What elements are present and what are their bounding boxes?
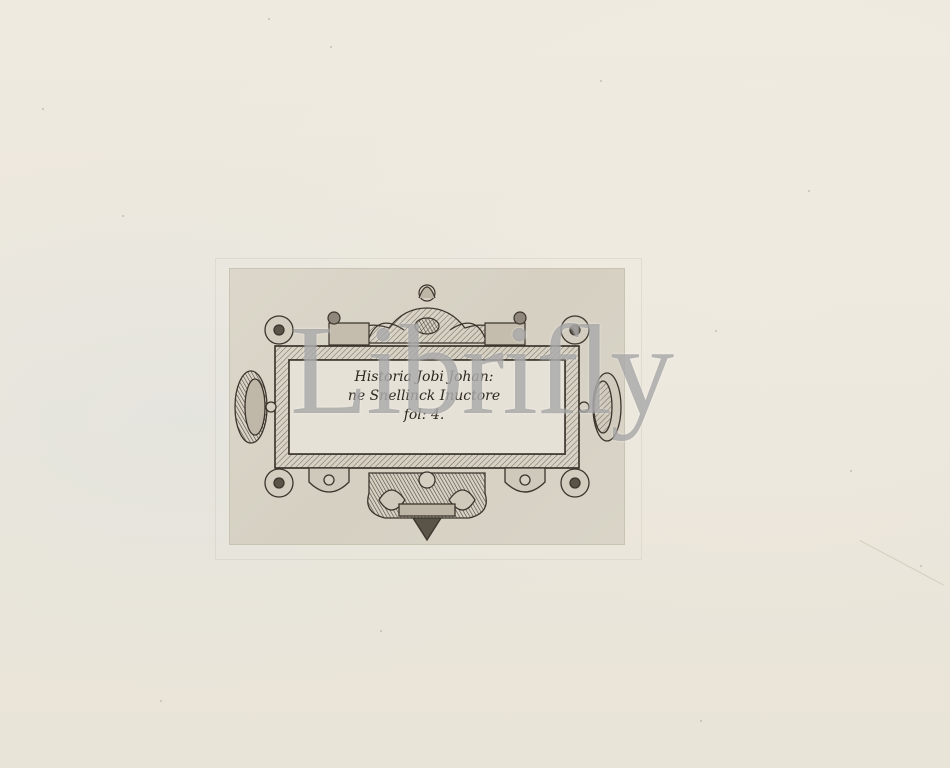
paper-speck: [600, 80, 602, 82]
paper-speck: [42, 108, 44, 110]
paper-speck: [920, 565, 922, 567]
paper-speck: [380, 630, 382, 632]
paper-speck: [808, 190, 810, 192]
paper-speck: [850, 470, 852, 472]
paper-speck: [268, 18, 270, 20]
paper-crease: [831, 540, 944, 638]
inscription-line-2: ne Snellinck Inuctore: [289, 387, 559, 406]
inscription-line-3: fol: 4.: [289, 406, 559, 425]
engraved-plate: Historia Jobi Johan: ne Snellinck Inucto…: [229, 268, 625, 545]
paper-page: Historia Jobi Johan: ne Snellinck Inucto…: [0, 0, 950, 768]
cartouche-inscription: Historia Jobi Johan: ne Snellinck Inucto…: [289, 368, 559, 425]
paper-speck: [330, 46, 332, 48]
paper-speck: [700, 720, 702, 722]
paper-speck: [160, 700, 162, 702]
paper-speck: [122, 215, 124, 217]
paper-speck: [715, 330, 717, 332]
inscription-line-1: Historia Jobi Johan:: [289, 368, 559, 387]
